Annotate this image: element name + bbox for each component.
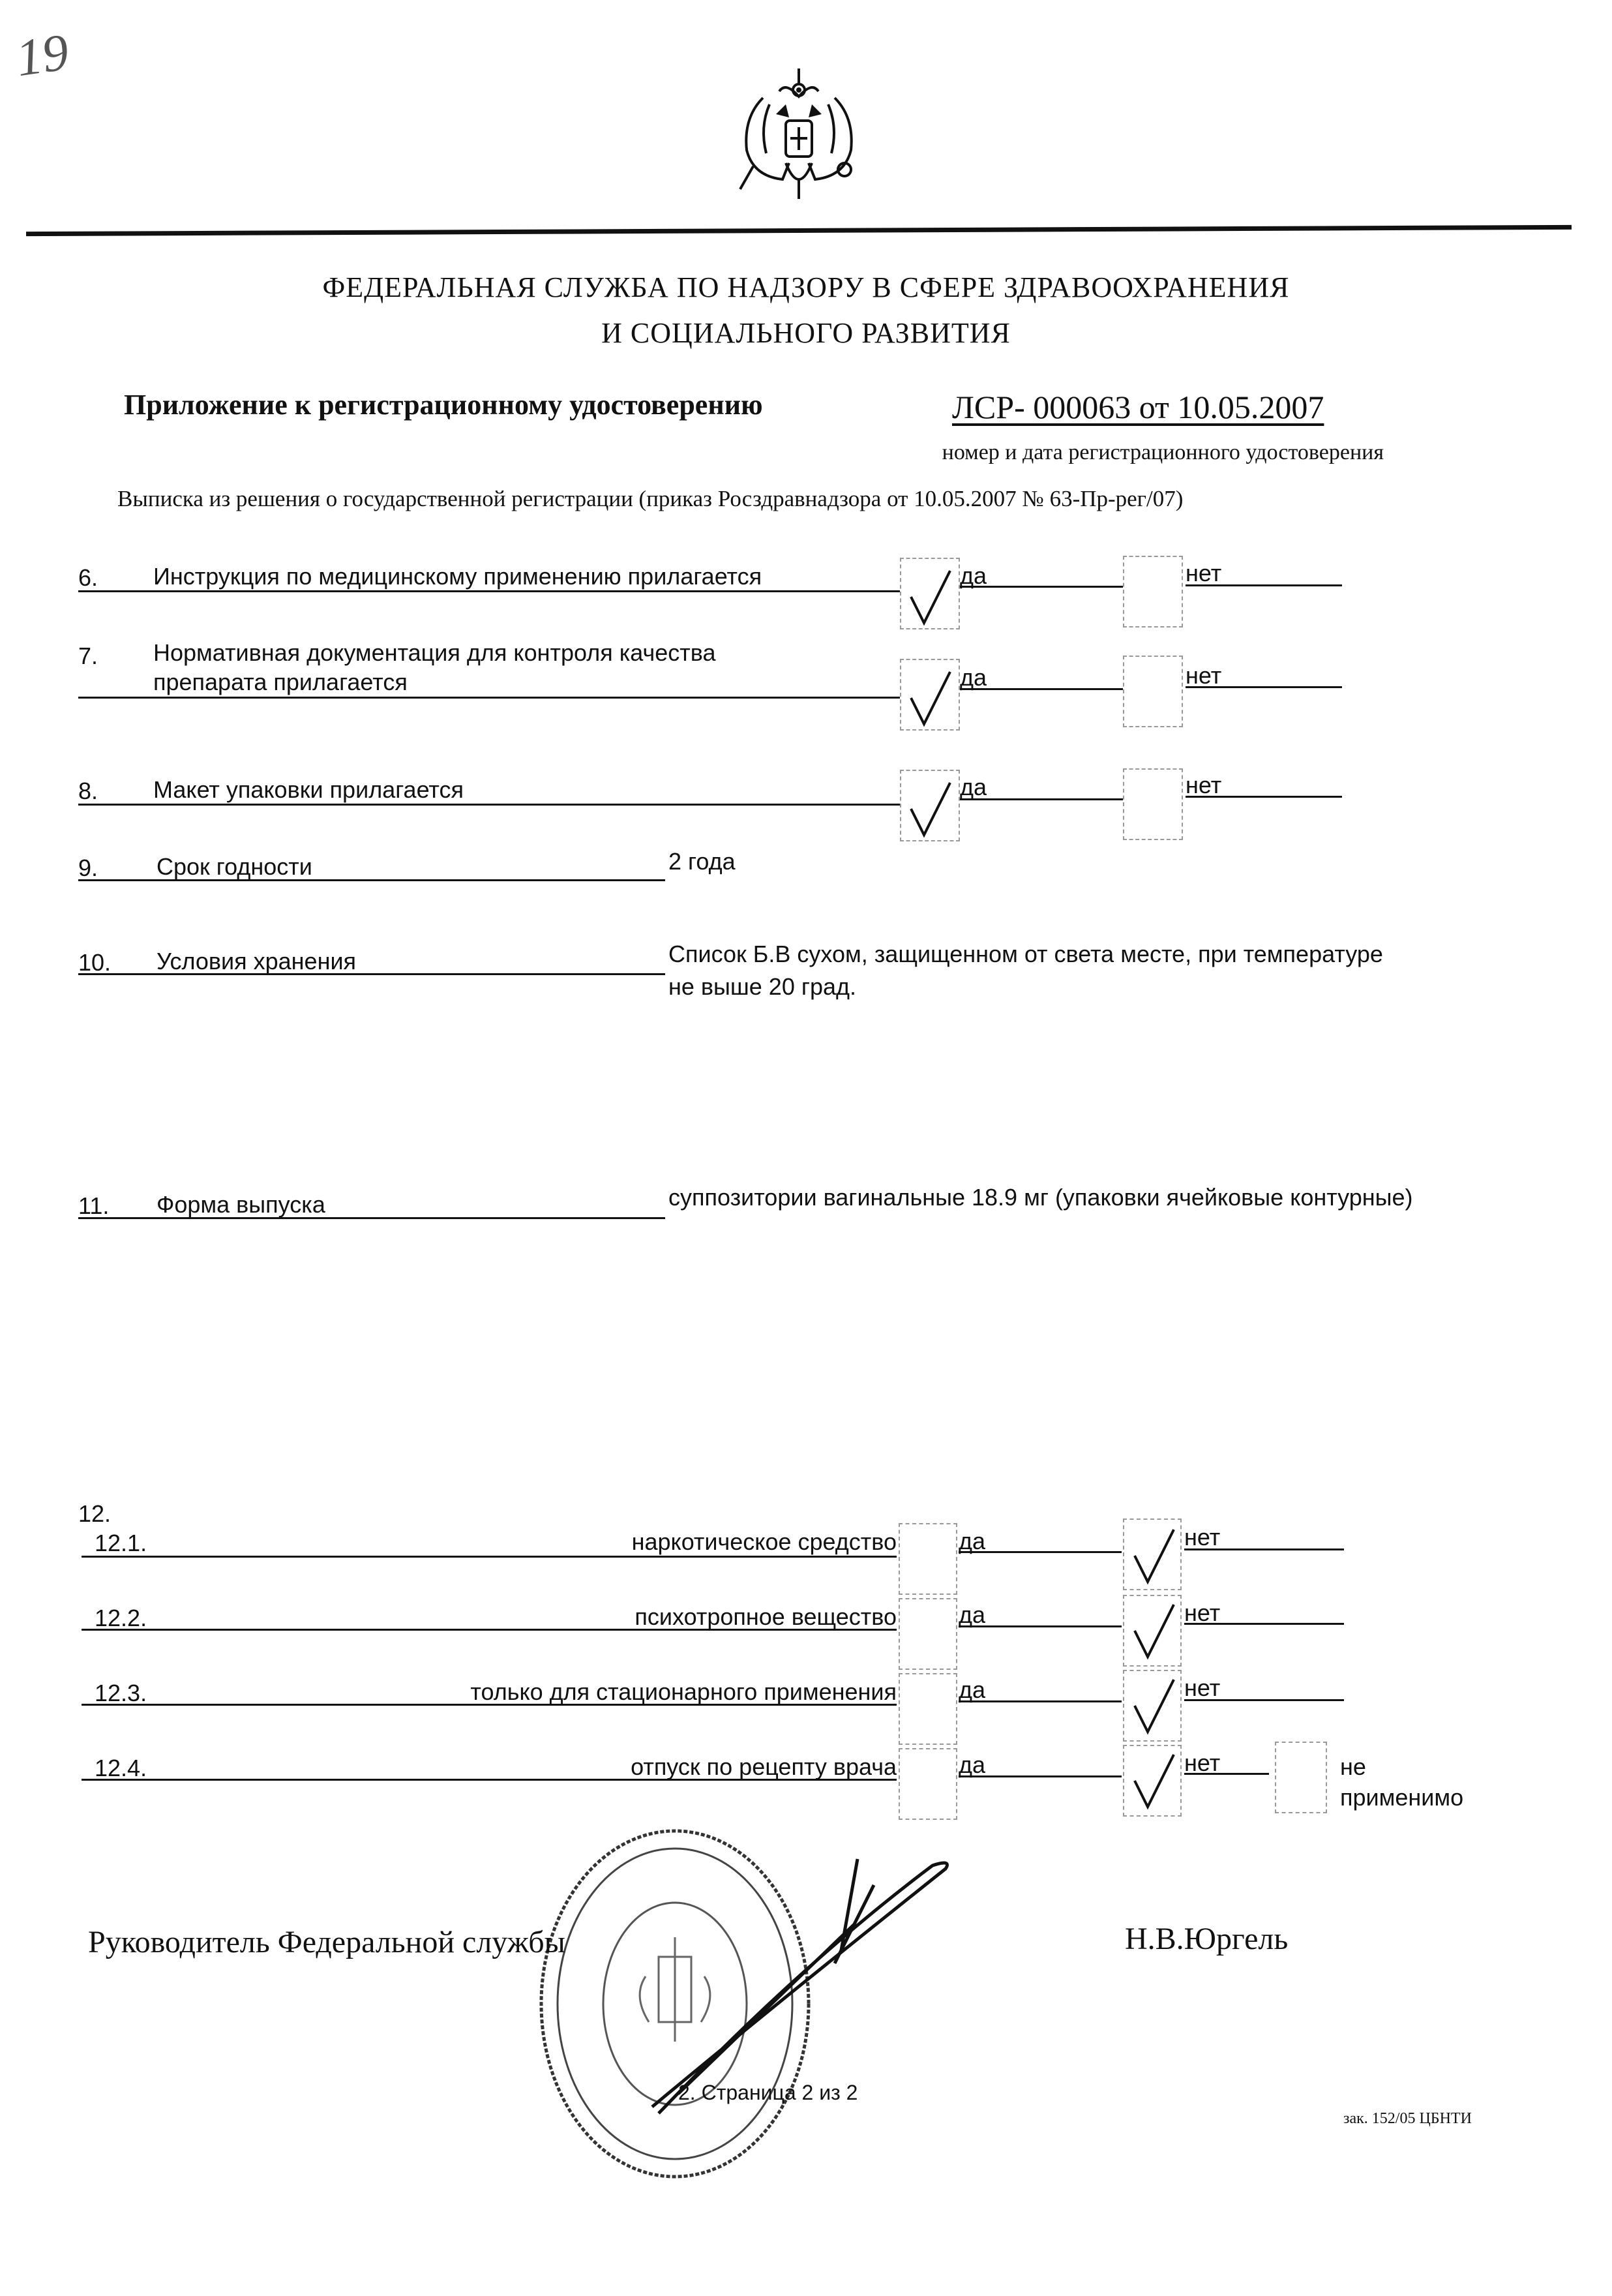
subitem-12-1-yes-checkbox[interactable] [899,1523,957,1595]
signatory-title: Руководитель Федеральной службы [88,1924,565,1960]
item-number-9: 9. [78,854,98,882]
item-label-instructions: Инструкция по медицинскому применению пр… [153,563,762,590]
subitem-label-narcotic: наркотическое средство [632,1528,897,1556]
item-number-8: 8. [78,778,98,805]
item-8-underline [78,804,900,806]
subitem-12-1-underline [82,1556,897,1558]
subitem-label-psychotropic: психотропное вещество [634,1603,897,1631]
item-7-no-label: нет [1186,662,1221,689]
subitem-number-12-2: 12.2. [95,1605,147,1632]
item-6-yes-line [960,586,1123,588]
subitem-12-4-not-applicable-checkbox[interactable] [1275,1742,1327,1813]
item-8-yes-line [960,798,1123,800]
header-rule [26,225,1572,236]
item-value-storage-line1: Список Б.В сухом, защищенном от света ме… [668,941,1383,968]
checkmark-icon [908,779,953,841]
item-8-yes-label: да [960,774,987,801]
item-number-6: 6. [78,564,98,592]
item-number-10: 10. [78,949,111,976]
item-label-quality-docs-line2: препарата прилагается [153,669,408,696]
item-6-no-checkbox[interactable] [1123,556,1183,627]
subitem-12-2-yes-label: да [959,1601,985,1629]
subitem-label-prescription: отпуск по рецепту врача [631,1753,897,1781]
item-7-no-checkbox[interactable] [1123,656,1183,727]
subitem-number-12-4: 12.4. [95,1755,147,1782]
checkmark-icon [1131,1526,1177,1588]
subitem-12-1-no-line [1184,1548,1344,1550]
item-number-12: 12. [78,1500,111,1528]
subitem-12-3-underline [82,1704,897,1706]
item-7-no-line [1186,686,1342,688]
certificate-number: ЛСР- 000063 от 10.05.2007 [952,388,1324,426]
subitem-12-3-no-label: нет [1184,1674,1220,1702]
item-label-package-layout: Макет упаковки прилагается [153,776,464,804]
subitem-12-3-no-line [1184,1699,1344,1701]
subitem-12-2-no-line [1184,1623,1344,1625]
subitem-12-3-yes-line [959,1700,1122,1702]
item-value-shelf-life: 2 года [668,848,736,875]
item-label-shelf-life: Срок годности [157,853,312,881]
item-value-dosage-form: суппозитории вагинальные 18.9 мг (упаков… [668,1184,1413,1211]
agency-title-line2: И СОЦИАЛЬНОГО РАЗВИТИЯ [0,316,1612,350]
coat-of-arms-icon [724,65,874,202]
subitem-12-4-no-line [1184,1773,1269,1775]
subitem-12-4-yes-label: да [959,1751,985,1779]
subitem-12-4-yes-checkbox[interactable] [899,1748,957,1820]
item-8-no-checkbox[interactable] [1123,768,1183,840]
item-number-7: 7. [78,642,98,670]
certificate-caption: номер и дата регистрационного удостовере… [942,440,1384,465]
item-7-yes-label: да [960,664,987,691]
subitem-number-12-3: 12.3. [95,1680,147,1707]
handwritten-page-mark: 19 [12,23,72,89]
checkmark-icon [1131,1601,1177,1663]
subitem-12-4-not-applicable-line1: не [1340,1753,1366,1781]
item-10-underline [78,973,665,975]
item-8-no-label: нет [1186,772,1221,799]
subitem-label-inpatient-only: только для стационарного применения [470,1678,897,1706]
item-6-no-line [1186,584,1342,586]
subitem-12-2-yes-checkbox[interactable] [899,1598,957,1670]
item-7-yes-line [960,688,1123,690]
checkmark-icon [908,669,953,731]
page-indicator: 2. Страница 2 из 2 [678,2081,858,2105]
item-11-underline [78,1217,665,1219]
subitem-12-4-not-applicable-line2: применимо [1340,1784,1463,1811]
checkmark-icon [1131,1676,1177,1738]
subitem-12-3-yes-checkbox[interactable] [899,1673,957,1745]
item-label-storage-conditions: Условия хранения [157,948,356,975]
appendix-label: Приложение к регистрационному удостовере… [124,388,763,421]
subitem-12-3-yes-label: да [959,1676,985,1704]
item-label-quality-docs-line1: Нормативная документация для контроля ка… [153,639,716,667]
subitem-12-1-no-label: нет [1184,1524,1220,1551]
subitem-12-1-yes-line [959,1551,1122,1553]
print-order-note: зак. 152/05 ЦБНТИ [1343,2110,1472,2128]
subitem-number-12-1: 12.1. [95,1530,147,1557]
signatory-name: Н.В.Юргель [1125,1921,1288,1957]
item-number-11: 11. [78,1192,109,1220]
item-8-no-line [1186,796,1342,798]
subitem-12-4-yes-line [959,1775,1122,1777]
item-label-dosage-form: Форма выпуска [157,1191,325,1218]
extract-line: Выписка из решения о государственной рег… [117,486,1183,512]
subitem-12-4-underline [82,1779,897,1781]
item-7-underline [78,697,900,699]
item-6-no-label: нет [1186,560,1221,587]
item-6-underline [78,590,900,592]
checkmark-icon [908,567,953,629]
item-value-storage-line2: не выше 20 град. [668,973,856,1001]
checkmark-icon [1131,1751,1177,1813]
subitem-12-2-underline [82,1629,897,1631]
item-9-underline [78,879,665,881]
subitem-12-2-yes-line [959,1625,1122,1627]
agency-title-line1: ФЕДЕРАЛЬНАЯ СЛУЖБА ПО НАДЗОРУ В СФЕРЕ ЗД… [0,271,1612,304]
